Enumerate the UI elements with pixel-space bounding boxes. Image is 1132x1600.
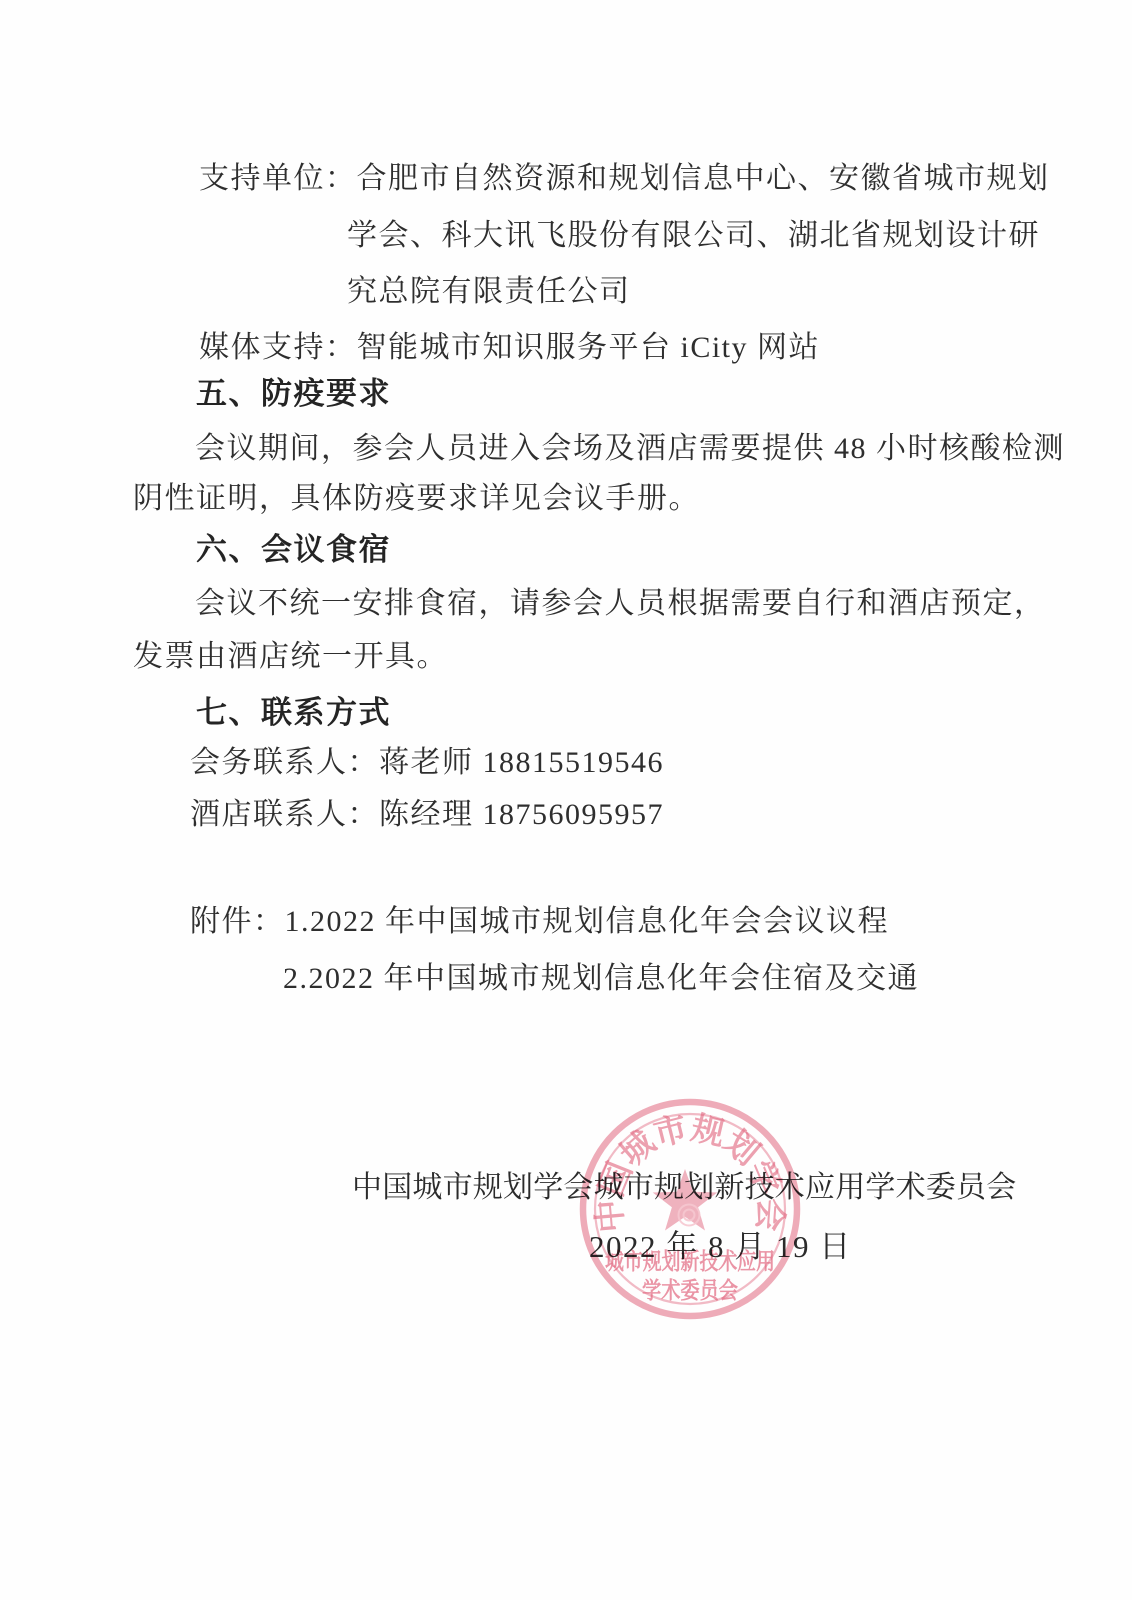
seal-bottom-text-2: 学术委员会 [642, 1277, 738, 1303]
media-support-text: 智能城市知识服务平台 iCity 网站 [357, 331, 821, 364]
seal-moire-ring-large [679, 1205, 700, 1226]
section5-heading: 五、防疫要求 [196, 378, 391, 409]
seal-arc-char: 市 [650, 1110, 691, 1154]
support-units-line-3: 究总院有限责任公司 [347, 277, 631, 307]
section7-heading: 七、联系方式 [196, 697, 391, 728]
support-units-line-1: 支持单位：合肥市自然资源和规划信息中心、安徽省城市规划 [199, 164, 1050, 194]
seal-arc-char: 城 [613, 1124, 662, 1174]
document-page: 支持单位：合肥市自然资源和规划信息中心、安徽省城市规划 学会、科大讯飞股份有限公… [0, 0, 1132, 1600]
attachment-item-2: 2.2022 年中国城市规划信息化年会住宿及交通 [283, 964, 919, 994]
seal-arc-char: 规 [688, 1110, 728, 1153]
support-units-label: 支持单位： [199, 162, 357, 195]
contact2-value: 陈经理 18756095957 [379, 798, 664, 831]
attachments-line-1: 附件：1.2022 年中国城市规划信息化年会会议议程 [190, 907, 889, 937]
support-units-text-1: 合肥市自然资源和规划信息中心、安徽省城市规划 [357, 162, 1050, 195]
media-support-label: 媒体支持： [199, 331, 357, 364]
contact-line-2: 酒店联系人：陈经理 18756095957 [190, 800, 664, 830]
seal-inner-ring [595, 1114, 785, 1304]
section6-heading: 六、会议食宿 [196, 534, 391, 565]
support-units-line-2: 学会、科大讯飞股份有限公司、湖北省规划设计研 [347, 221, 1040, 251]
signature-date: 2022 年 8 月 19 日 [589, 1231, 852, 1262]
seal-outer-ring [583, 1102, 797, 1316]
section6-line-2: 发票由酒店统一开具。 [133, 642, 448, 672]
contact1-value: 蒋老师 18815519546 [379, 746, 664, 779]
section6-line-1: 会议不统一安排食宿，请参会人员根据需要自行和酒店预定， [195, 589, 1046, 619]
media-support-line: 媒体支持：智能城市知识服务平台 iCity 网站 [199, 333, 820, 363]
seal-arc-char: 划 [717, 1123, 766, 1173]
contact2-label: 酒店联系人： [190, 798, 379, 831]
official-seal-svg: 中国城市规划学会 城市规划新技术应用 学术委员会 [578, 1097, 802, 1321]
contact1-label: 会务联系人： [190, 746, 379, 779]
signature-organization: 中国城市规划学会城市规划新技术应用学术委员会 [352, 1173, 1016, 1203]
official-seal: 中国城市规划学会 城市规划新技术应用 学术委员会 [578, 1097, 802, 1321]
section5-line-2: 阴性证明，具体防疫要求详见会议手册。 [133, 484, 700, 514]
attachments-label: 附件： [190, 905, 285, 938]
seal-moire-ring-small [684, 1210, 695, 1221]
section5-line-1: 会议期间，参会人员进入会场及酒店需要提供 48 小时核酸检测 [195, 434, 1065, 464]
contact-line-1: 会务联系人：蒋老师 18815519546 [190, 748, 664, 778]
attachment-item-1: 1.2022 年中国城市规划信息化年会会议议程 [285, 905, 890, 938]
